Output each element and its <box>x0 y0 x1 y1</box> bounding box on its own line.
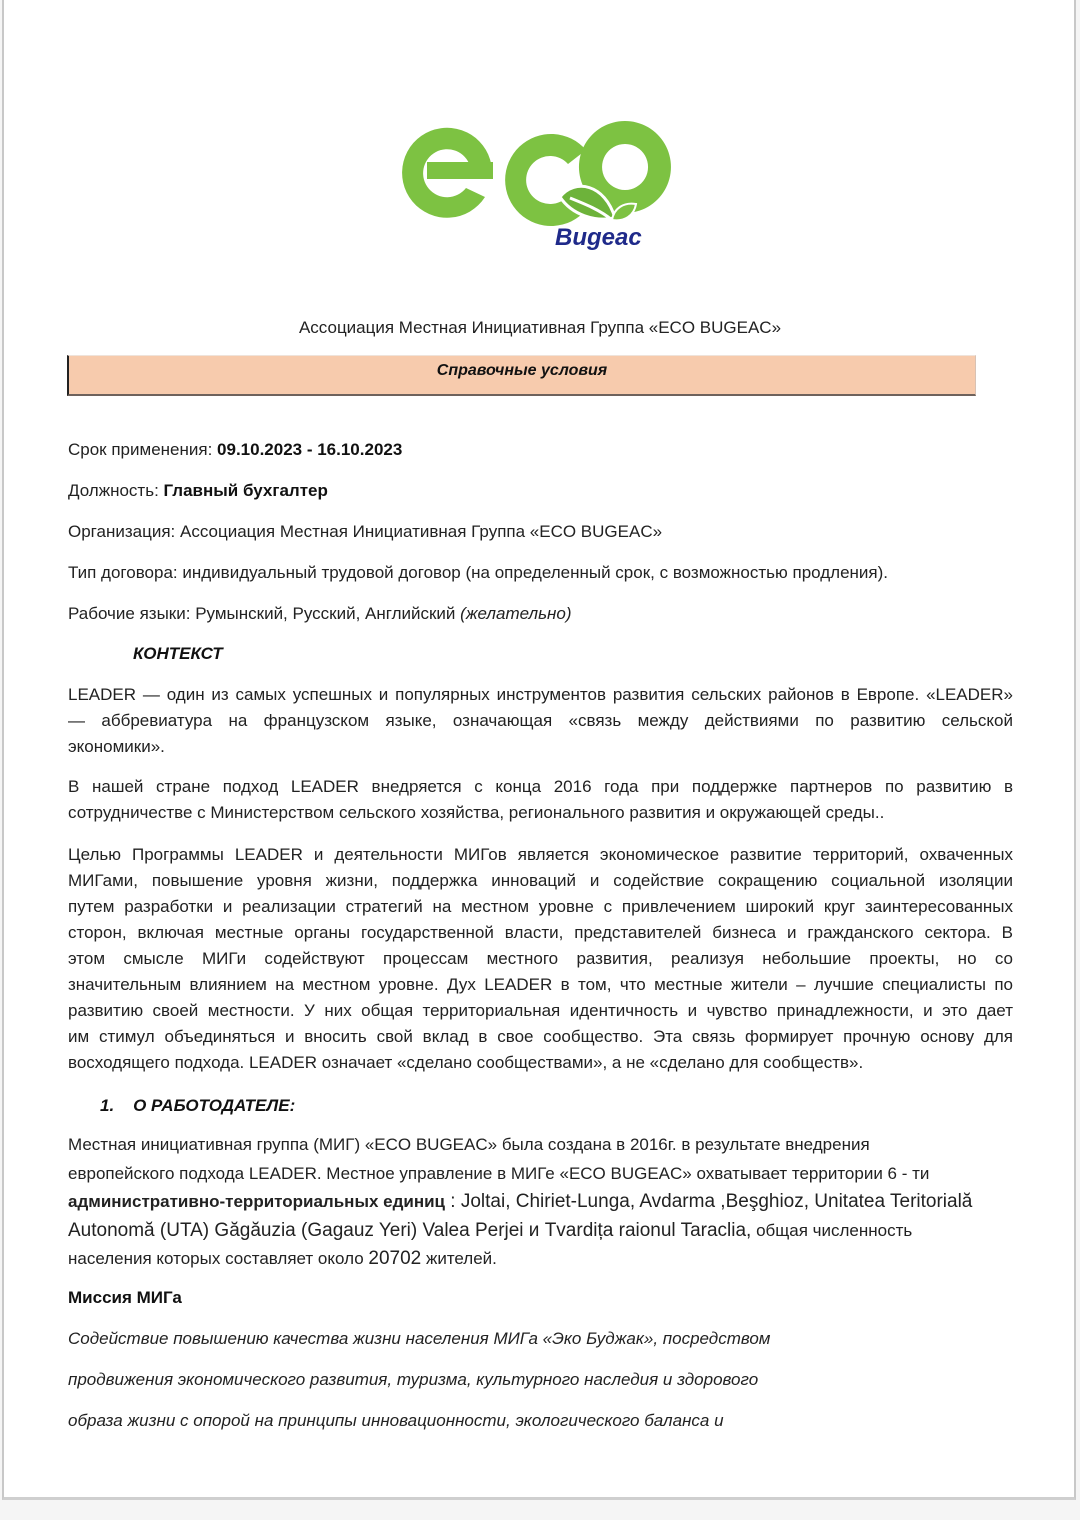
text-line: Целью Программы LEADER и деятельности МИ… <box>68 842 1013 868</box>
field-value: Ассоциация Местная Инициативная Группа «… <box>180 522 662 541</box>
text-line: развитию своей местности. У них общая те… <box>68 998 1013 1024</box>
bold-text: административно-территориальных единиц <box>68 1192 445 1211</box>
field-organization: Организация: Ассоциация Местная Инициати… <box>68 522 662 542</box>
context-paragraph-2: В нашей стране подход LEADER внедряется … <box>68 774 1013 826</box>
context-paragraph-3: Целью Программы LEADER и деятельности МИ… <box>68 842 1013 1076</box>
text-line: восходящего подхода. LEADER означает «сд… <box>68 1050 1013 1076</box>
text-line: административно-территориальных единиц :… <box>68 1188 972 1217</box>
banner-title: Справочные условия <box>437 362 607 379</box>
context-heading: КОНТЕКСТ <box>133 644 223 664</box>
text-line: Местная инициативная группа (МИГ) «ECO B… <box>68 1131 972 1160</box>
text-line: европейского подхода LEADER. Местное упр… <box>68 1160 972 1189</box>
text-line: им стимул объединяться и вносить свой вк… <box>68 1024 1013 1050</box>
text-fragment: населения которых составляет около <box>68 1249 368 1268</box>
text-line: LEADER — один из самых успешных и популя… <box>68 682 1013 708</box>
mission-heading: Миссия МИГа <box>68 1288 182 1308</box>
logo-graphic: Bugeac <box>400 100 690 260</box>
field-label: Организация: <box>68 522 180 541</box>
field-label: Должность: <box>68 481 164 500</box>
text-line: экономики». <box>68 734 1013 760</box>
text-line: продвижения экономического развития, тур… <box>68 1359 770 1400</box>
field-value: Главный бухгалтер <box>164 481 328 500</box>
field-languages: Рабочие языки: Румынский, Русский, Англи… <box>68 604 572 624</box>
text-line: В нашей стране подход LEADER внедряется … <box>68 774 1013 800</box>
eco-bugeac-logo: Bugeac <box>400 100 690 260</box>
text-line: значительным влиянием на местном уровне.… <box>68 972 1013 998</box>
field-value: Румынский, Русский, Английский <box>195 604 460 623</box>
section-number: 1. <box>100 1096 114 1115</box>
text-line: сотрудничестве с Министерством сельского… <box>68 800 1013 826</box>
text-line: Autonomă (UTA) Găgăuzia (Gagauz Yeri) Va… <box>68 1217 972 1246</box>
field-period: Срок применения: 09.10.2023 - 16.10.2023 <box>68 440 402 460</box>
text-line: — аббревиатура на французском языке, озн… <box>68 708 1013 734</box>
context-paragraph-1: LEADER — один из самых успешных и популя… <box>68 682 1013 760</box>
population-count: 20702 <box>368 1248 421 1269</box>
field-contract-type: Тип договора: индивидуальный трудовой до… <box>68 563 888 583</box>
municipalities-list: Autonomă (UTA) Găgăuzia (Gagauz Yeri) Va… <box>68 1220 751 1241</box>
text-line: населения которых составляет около 20702… <box>68 1245 972 1274</box>
mission-text: Содействие повышению качества жизни насе… <box>68 1318 770 1441</box>
text-fragment: общая численность <box>751 1221 912 1240</box>
terms-of-reference-banner: Справочные условия <box>67 355 976 396</box>
organization-title: Ассоциация Местная Инициативная Группа «… <box>0 318 1080 338</box>
field-note: (желательно) <box>460 604 571 623</box>
text-line: путем разработки и реализации стратегий … <box>68 894 1013 920</box>
text-line: МИГами, повышение уровня жизни, поддержк… <box>68 868 1013 894</box>
employer-description: Местная инициативная группа (МИГ) «ECO B… <box>68 1131 972 1274</box>
text-line: этом смысле МИГи содействуют процессам м… <box>68 946 1013 972</box>
text-line: образа жизни с опорой на принципы иннова… <box>68 1400 770 1441</box>
section-title: О РАБОТОДАТЕЛЕ: <box>133 1096 295 1115</box>
field-label: Срок применения: <box>68 440 217 459</box>
field-value: индивидуальный трудовой договор (на опре… <box>182 563 888 582</box>
field-label: Рабочие языки: <box>68 604 195 623</box>
text-line: сторон, включая местные органы государст… <box>68 920 1013 946</box>
field-position: Должность: Главный бухгалтер <box>68 481 328 501</box>
text-line: Содействие повышению качества жизни насе… <box>68 1318 770 1359</box>
logo-letter-e <box>402 128 493 218</box>
text-fragment: жителей. <box>421 1249 497 1268</box>
field-value: 09.10.2023 - 16.10.2023 <box>217 440 402 459</box>
employer-heading: 1. О РАБОТОДАТЕЛЕ: <box>100 1096 295 1116</box>
field-label: Тип договора: <box>68 563 182 582</box>
municipalities-list: : Joltai, Chiriet-Lunga, Avdarma ,Beşghi… <box>445 1191 972 1212</box>
logo-subtext: Bugeac <box>555 224 642 251</box>
